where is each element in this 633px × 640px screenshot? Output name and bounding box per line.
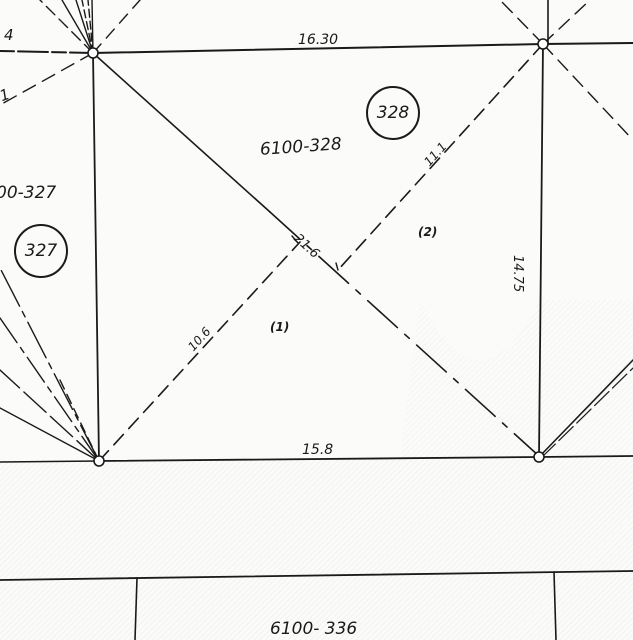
parcel-code-327: 00-327 [0,185,56,202]
ray [92,0,93,53]
ray [0,268,99,461]
bottom-right-boundary [539,456,633,457]
ray [500,0,543,44]
ray [0,408,99,461]
left-boundary [93,53,99,461]
top-left-boundary [0,51,93,53]
subdivision-1-label: (1) [270,321,289,333]
subdivision-2-label: (2) [418,226,437,238]
survey-linework [0,0,633,640]
ray [0,318,99,461]
ray [93,0,140,53]
parcel-number-328: 328 [366,86,420,140]
survey-point-bottom-right [534,452,544,462]
ray [543,44,633,140]
survey-point-top-right [538,39,548,49]
ray [82,0,93,53]
survey-point-bottom-left [94,456,104,466]
dimension-bottom-edge: 15.8 [302,443,333,457]
ray [0,53,93,105]
diagonal-21-6-a [93,53,270,212]
dimension-right-edge: 14.75 [511,255,524,292]
offset-line-10-6 [99,242,300,461]
dimension-left-fragment-top: 4 [4,28,14,43]
bottom-left-boundary [0,461,99,462]
dimension-top-edge: 16.30 [298,33,338,47]
parcel-id-text: 327 [25,241,57,261]
right-angle-mark [336,263,338,270]
survey-sheet: 328 327 6100-328 00-327 6100- 336 (1) (2… [0,0,633,640]
survey-point-top-left [88,48,98,58]
ray [543,0,590,44]
parcel-id-text: 328 [377,103,409,123]
shaded-road-strip [0,460,633,640]
top-right-boundary [543,43,633,44]
parcel-number-327: 327 [14,224,68,278]
parcel-code-336: 6100- 336 [270,621,357,638]
